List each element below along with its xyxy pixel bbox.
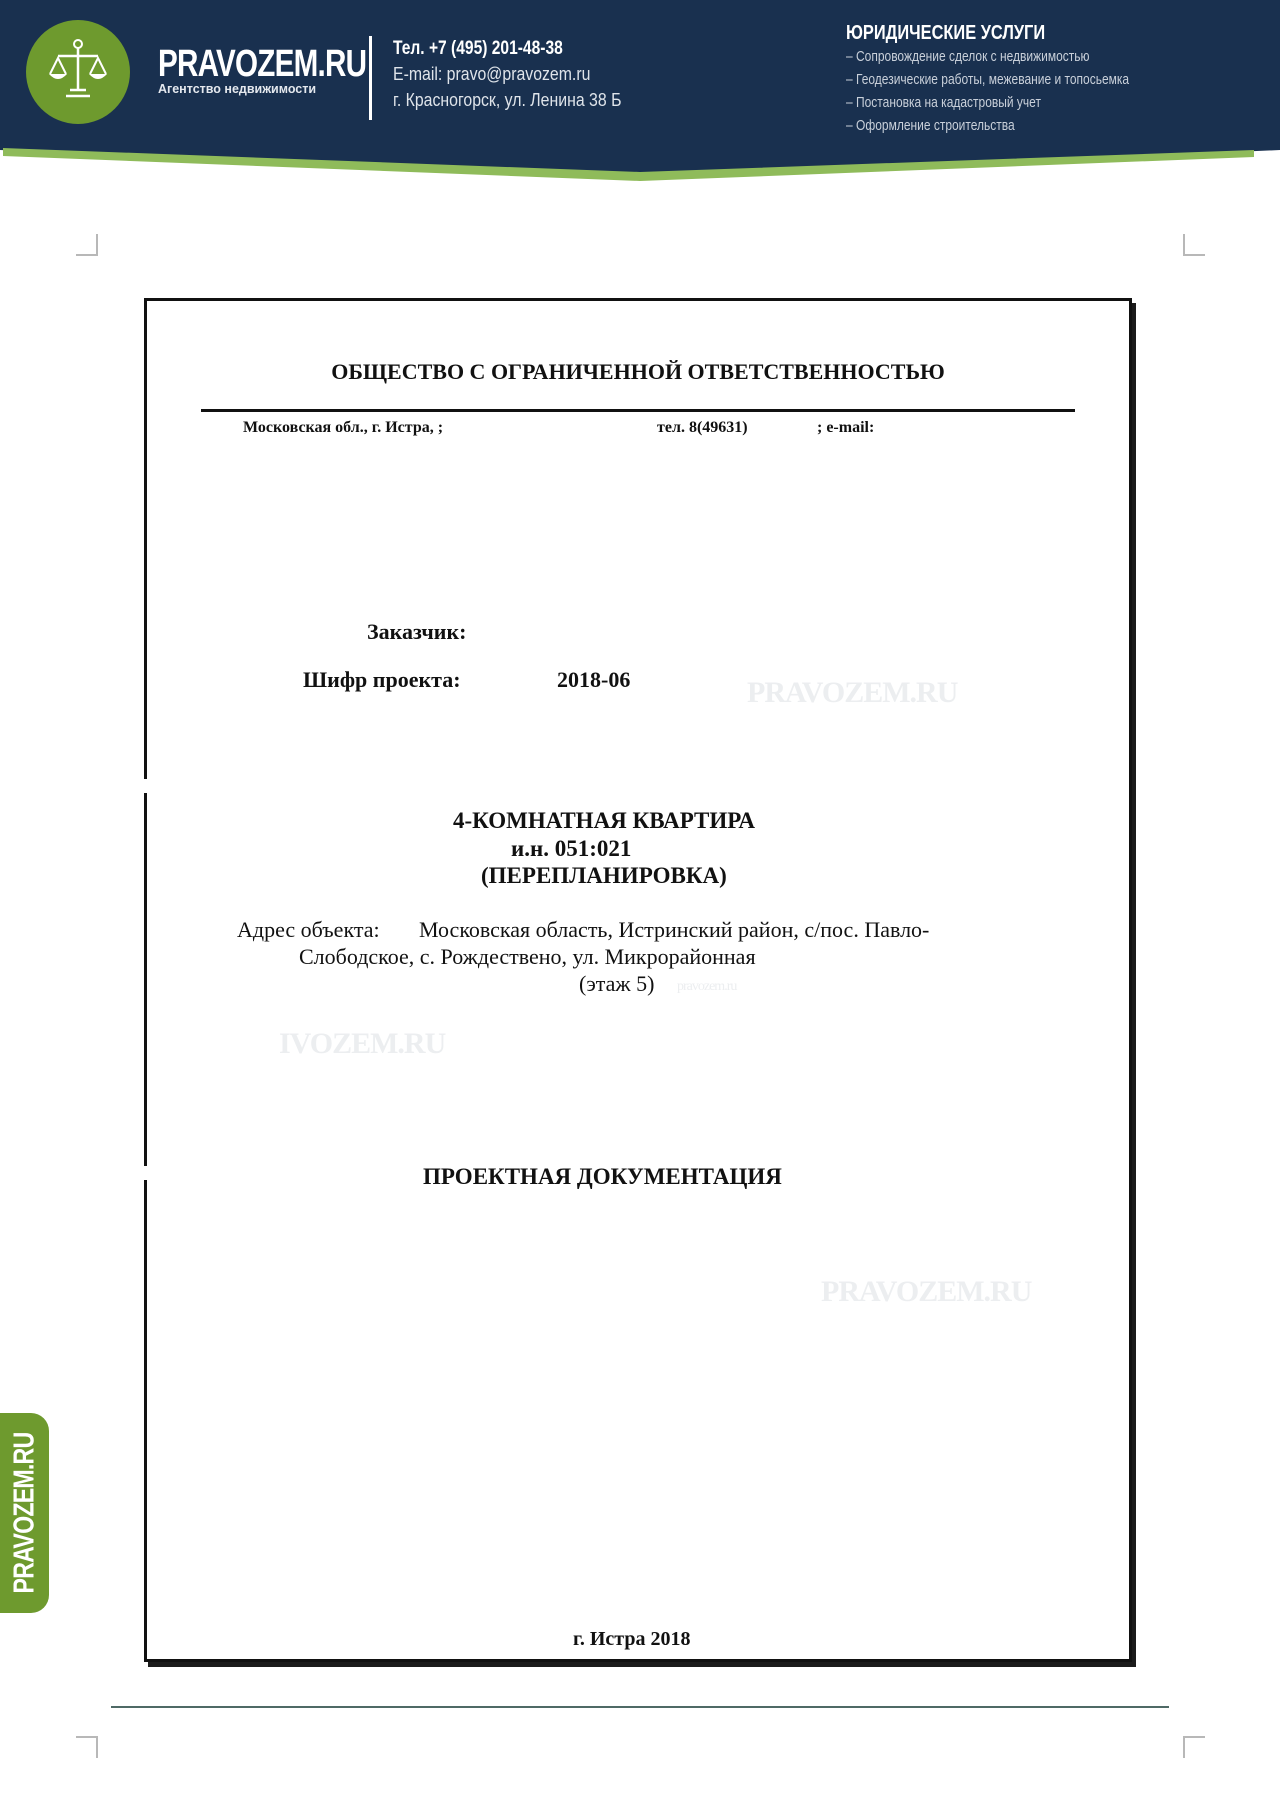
footer-rule <box>111 1706 1169 1708</box>
object-address-line1: Московская область, Истринский район, с/… <box>419 917 929 943</box>
object-id: и.н. 051:021 <box>511 836 631 862</box>
organization-title: ОБЩЕСТВО С ОГРАНИЧЕННОЙ ОТВЕТСТВЕННОСТЬЮ <box>147 359 1129 385</box>
city-year: г. Истра 2018 <box>573 1628 690 1651</box>
object-address-label: Адрес объекта: <box>237 917 380 943</box>
brand: PRAVOZEM.RU Агентство недвижимости <box>158 44 425 96</box>
crop-mark-top-right <box>1183 234 1205 256</box>
project-code-value: 2018-06 <box>557 667 630 693</box>
scanned-title-page: ОБЩЕСТВО С ОГРАНИЧЕННОЙ ОТВЕТСТВЕННОСТЬЮ… <box>144 298 1132 1662</box>
header-divider <box>369 36 372 120</box>
document-type: ПРОЕКТНАЯ ДОКУМЕНТАЦИЯ <box>423 1164 782 1190</box>
crop-mark-top-left <box>76 234 98 256</box>
service-item: – Постановка на кадастровый учет <box>846 94 1129 117</box>
service-item: – Сопровождение сделок с недвижимостью <box>846 48 1129 71</box>
watermark: PRAVOZEM.RU <box>747 676 957 710</box>
office-address: г. Красногорск, ул. Ленина 38 Б <box>393 90 621 116</box>
services-title: ЮРИДИЧЕСКИЕ УСЛУГИ <box>846 22 1136 48</box>
crop-mark-bottom-left <box>76 1736 98 1758</box>
organization-address: Московская обл., г. Истра, ; <box>243 419 443 437</box>
organization-phone: тел. 8(49631) <box>657 419 748 437</box>
site-header: PRAVOZEM.RU Агентство недвижимости Тел. … <box>0 0 1280 190</box>
object-address-line2: Слободское, с. Рождествено, ул. Микрорай… <box>299 944 756 970</box>
service-item: – Геодезические работы, межевание и топо… <box>846 71 1129 94</box>
side-brand-tab[interactable]: PRAVOZEM.RU <box>0 1413 49 1613</box>
phone-link[interactable]: Тел. +7 (495) 201-48-38 <box>393 38 606 64</box>
project-code-label: Шифр проекта: <box>303 667 461 693</box>
object-title: 4-КОМНАТНАЯ КВАРТИРА <box>453 808 755 834</box>
watermark: PRAVOZEM.RU <box>821 1275 1031 1309</box>
crop-mark-bottom-right <box>1183 1736 1205 1758</box>
email-link[interactable]: E-mail: pravo@pravozem.ru <box>393 64 621 90</box>
frame-gap <box>141 779 149 793</box>
brand-name: PRAVOZEM.RU <box>158 44 366 84</box>
customer-label: Заказчик: <box>367 619 466 645</box>
scales-of-justice-icon <box>46 38 110 102</box>
service-item: – Оформление строительства <box>846 117 1129 140</box>
watermark: pravozem.ru <box>677 979 736 995</box>
organization-email: ; e-mail: <box>817 419 874 437</box>
side-tab-label: PRAVOZEM.RU <box>8 1433 41 1594</box>
contact-info: Тел. +7 (495) 201-48-38 E-mail: pravo@pr… <box>393 38 653 116</box>
services-list: ЮРИДИЧЕСКИЕ УСЛУГИ – Сопровождение сдело… <box>846 22 1200 140</box>
frame-gap <box>141 1166 149 1180</box>
watermark: IVOZEM.RU <box>279 1027 445 1061</box>
title-rule <box>201 409 1075 412</box>
logo[interactable] <box>26 20 130 124</box>
object-type: (ПЕРЕПЛАНИРОВКА) <box>481 863 727 889</box>
object-floor: (этаж 5) <box>579 971 654 997</box>
